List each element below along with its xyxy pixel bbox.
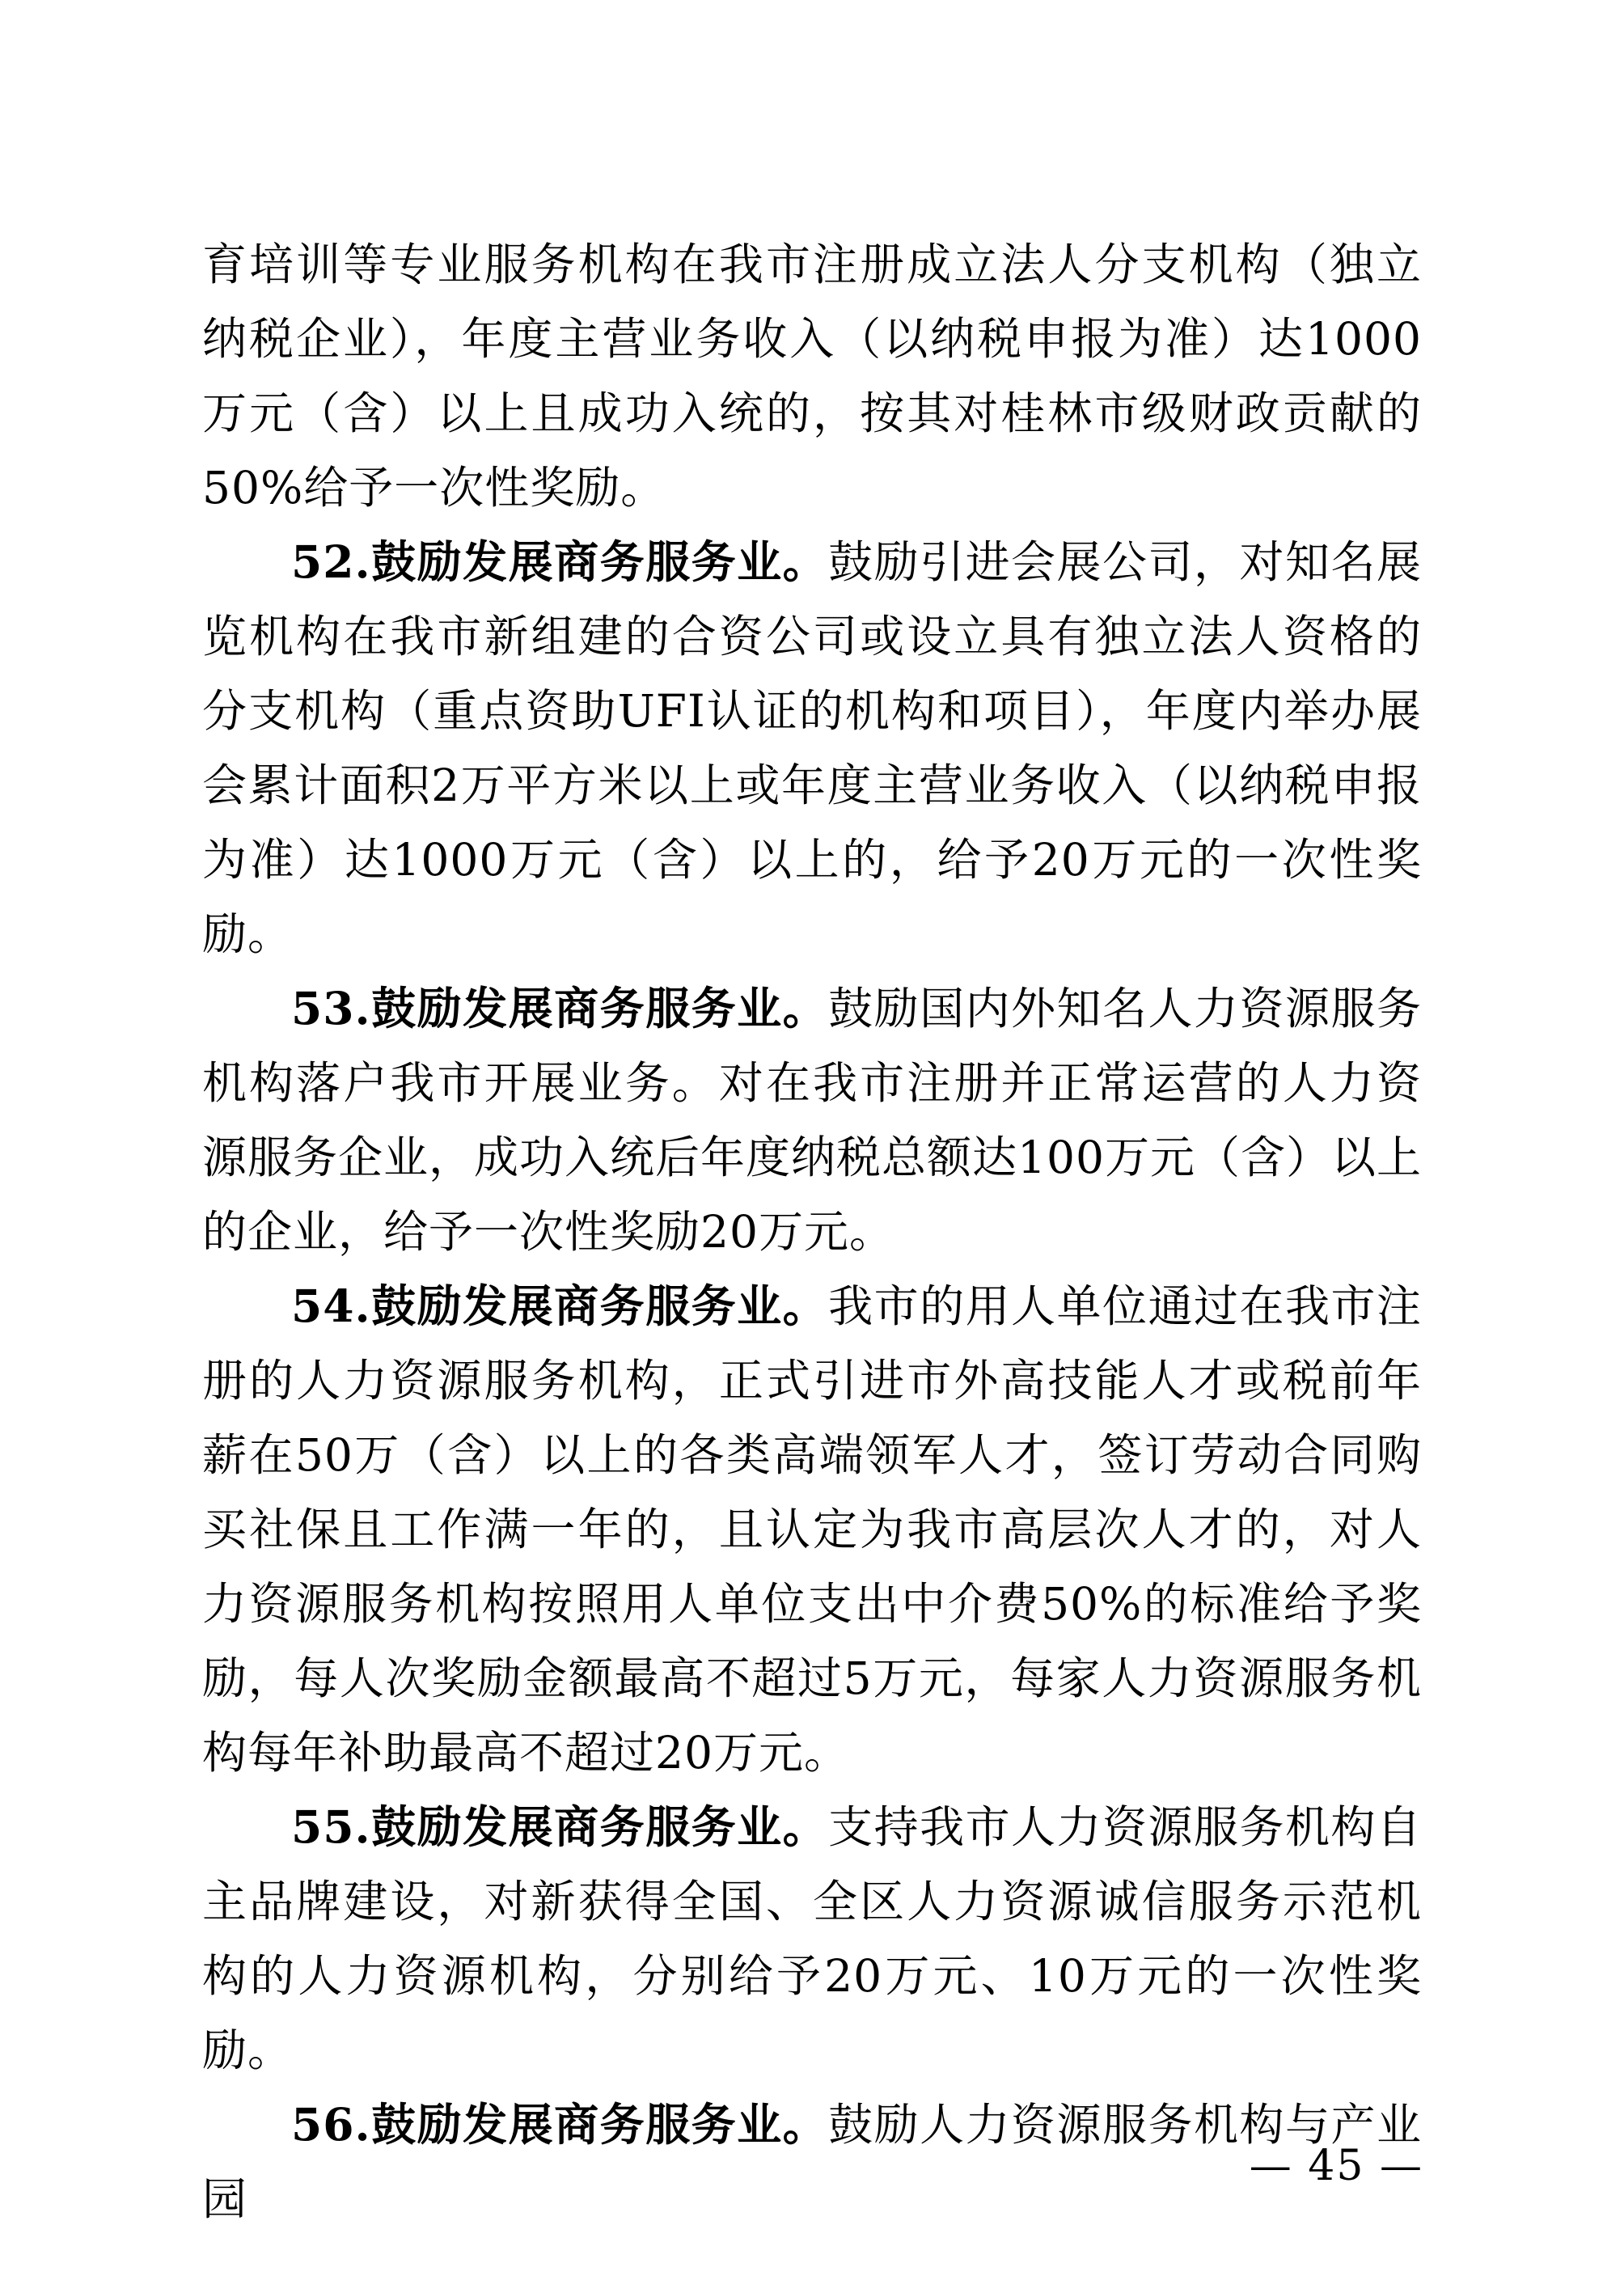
- paragraph-lead: 54.鼓励发展商务服务业。: [291, 1280, 828, 1332]
- paragraph-text: 我市的用人单位通过在我市注册的人力资源服务机构，正式引进市外高技能人才或税前年薪…: [202, 1280, 1422, 1779]
- paragraph-item-56: 56.鼓励发展商务服务业。鼓励人力资源服务机构与产业园: [202, 2088, 1422, 2236]
- paragraph-lead: 53.鼓励发展商务服务业。: [291, 982, 828, 1034]
- paragraph-item-53: 53.鼓励发展商务服务业。鼓励国内外知名人力资源服务机构落户我市开展业务。对在我…: [202, 971, 1422, 1269]
- paragraph-item-55: 55.鼓励发展商务服务业。支持我市人力资源服务机构自主品牌建设，对新获得全国、全…: [202, 1790, 1422, 2088]
- document-body: 育培训等专业服务机构在我市注册成立法人分支机构（独立纳税企业），年度主营业务收入…: [202, 227, 1422, 2236]
- paragraph-lead: 55.鼓励发展商务服务业。: [291, 1800, 828, 1853]
- paragraph-text: 育培训等专业服务机构在我市注册成立法人分支机构（独立纳税企业），年度主营业务收入…: [202, 239, 1422, 514]
- page-number: — 45 —: [1250, 2142, 1423, 2190]
- paragraph-text: 鼓励引进会展公司，对知名展览机构在我市新组建的合资公司或设立具有独立法人资格的分…: [202, 536, 1422, 960]
- paragraph-lead: 52.鼓励发展商务服务业。: [291, 535, 828, 588]
- paragraph-continuation: 育培训等专业服务机构在我市注册成立法人分支机构（独立纳税企业），年度主营业务收入…: [202, 227, 1422, 525]
- paragraph-item-54: 54.鼓励发展商务服务业。我市的用人单位通过在我市注册的人力资源服务机构，正式引…: [202, 1269, 1422, 1790]
- paragraph-item-52: 52.鼓励发展商务服务业。鼓励引进会展公司，对知名展览机构在我市新组建的合资公司…: [202, 525, 1422, 971]
- document-page: 育培训等专业服务机构在我市注册成立法人分支机构（独立纳税企业），年度主营业务收入…: [0, 0, 1624, 2293]
- paragraph-lead: 56.鼓励发展商务服务业。: [291, 2098, 828, 2151]
